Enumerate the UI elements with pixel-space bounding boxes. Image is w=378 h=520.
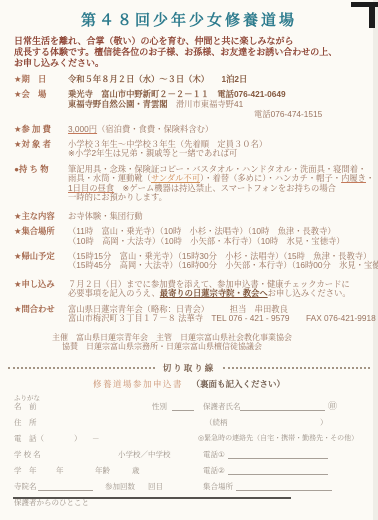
grade-unit: 年 <box>56 465 64 476</box>
gender-label: 性別 <box>152 401 167 412</box>
intro-line: 日常生活を離れ、合掌（敬い）の心を育む、仲間と共に楽しみながら <box>14 36 378 47</box>
scan-corner-artifact <box>369 2 375 28</box>
intro-line: 成長する体験です。檀信徒各位のお子様、お孫様、お友達をお誘い合わせの上、 <box>14 47 378 58</box>
meeting-place-label: 集合場所 <box>203 481 233 492</box>
fee-value: 3,000円（宿泊費・食費・保険料含む） <box>68 125 378 135</box>
eligibility-line-2: ※小学2年生は兄弟・親戚等と一緒であれば可 <box>68 149 378 159</box>
no-sandals-note: サンダル不可 <box>151 173 200 183</box>
cut-line-label: 切り取り線 <box>163 362 216 374</box>
venue-park-address: 滑川市東福寺野41 <box>168 99 244 109</box>
form-row-phone: 電 話（ ） － ◎緊急時の連絡先（自宅・携帯・勤務先・その他） <box>0 433 378 449</box>
item-activities: ★主な内容 お寺体験・集団行動 <box>14 212 378 222</box>
cut-line-dots <box>8 367 155 369</box>
apply-destination-emphasis: 最寄りの日蓮宗寺院・教会へ <box>160 288 268 298</box>
application-form: ふりがな 名 前 性別 保護者氏名 ㊞ 住 所 （続柄 ） 電 話（ ） － ◎… <box>0 393 378 513</box>
item-eligibility: ★対 象 者 小学校３年生～中学校３年生（先着順 定員３０名） ※小学2年生は兄… <box>14 140 378 159</box>
item-contact-label: ★問合わせ <box>14 305 68 324</box>
tel2-blank-line <box>228 465 328 475</box>
belongings-text: ※ゲーム機器は持込禁止、スマートフォンをお持ちの場合 <box>114 183 336 193</box>
item-date-value: 令和５年８月２日（水）～３日（木） 1泊2日 <box>68 75 378 85</box>
venue-park-name: 東福寺野自然公園・青雲閣 <box>68 99 168 109</box>
intro-paragraph: 日常生活を離れ、合掌（敬い）の心を育む、仲間と共に楽しみながら 成長する体験です… <box>14 36 378 68</box>
intro-line: お申し込みください。 <box>14 58 378 69</box>
tel1-blank-line <box>228 449 328 459</box>
organizers-line-1: 主催 富山県日蓮宗青年会 主管 日蓮宗富山県社会教化事業協会 <box>52 333 378 343</box>
item-activities-label: ★主な内容 <box>14 212 68 222</box>
relation-close: ） <box>320 417 328 428</box>
address-label: 住 所 <box>14 417 37 428</box>
info-items: ★期 日 令和５年８月２日（水）～３日（木） 1泊2日 ★会 場 乗光寺 富山市… <box>0 75 378 323</box>
temple-name-label: 寺院名 <box>14 481 37 492</box>
item-venue: ★会 場 乗光寺 富山市中野新町２－２－１１ 電話076-421-0649 東福… <box>14 90 378 119</box>
phone-label: 電 話（ ） <box>14 433 82 444</box>
bottom-rule-line <box>13 497 291 499</box>
venue-line-2: 東福寺野自然公園・青雲閣 滑川市東福寺野41 <box>68 100 378 110</box>
fill-both-sides-note: （裏面も記入ください） <box>191 379 285 389</box>
organizers-block: 主催 富山県日蓮宗青年会 主管 日蓮宗富山県社会教化事業協会 協賛 日蓮宗富山県… <box>52 333 378 352</box>
cut-line-dots <box>223 367 370 369</box>
application-form-header: 修養道場参加申込書 （裏面も記入ください） <box>0 378 378 390</box>
item-fee-label: ★参 加 費 <box>14 125 68 135</box>
meeting-points-line-2: （10時 高岡・大法寺）（10時 小矢部・本行寺）（10時 氷見・宝徳寺） <box>68 237 378 247</box>
form-row-name: 名 前 性別 保護者氏名 ㊞ <box>0 401 378 417</box>
belongings-text: 雨具・水筒・運動靴（ <box>68 173 151 183</box>
temple-name-blank-line <box>38 481 93 491</box>
school-name-label: 学 校 名 <box>14 449 41 460</box>
emergency-contact-note: ◎緊急時の連絡先（自宅・携帯・勤務先・その他） <box>198 433 358 443</box>
item-meeting-points-label: ★集合場所 <box>14 227 68 246</box>
application-text: 必要事項を記入のうえ、 <box>68 288 160 298</box>
indoor-shoes-note: 内履き <box>341 173 366 183</box>
phone-dash: － <box>92 433 100 444</box>
item-belongings: ●持 ち 物 筆記用具・念珠・保険証コピー・バスタオル・ハンドタオル・洗面具・寝… <box>14 165 378 203</box>
item-date-label: ★期 日 <box>14 75 68 85</box>
cut-line: 切り取り線 <box>8 362 370 374</box>
guardian-name-blank-line <box>240 401 325 411</box>
item-application-label: ★申し込み <box>14 280 68 299</box>
form-row-school: 学 校 名 小学校／中学校 電話① <box>0 449 378 465</box>
name-label: 名 前 <box>14 401 37 412</box>
item-belongings-label: ●持 ち 物 <box>14 165 68 203</box>
fee-amount: 3,000円 <box>68 124 97 134</box>
school-type-label: 小学校／中学校 <box>118 449 171 460</box>
item-return-schedule-label: ★帰山予定 <box>14 252 68 271</box>
item-eligibility-label: ★対 象 者 <box>14 140 68 159</box>
guardian-name-label: 保護者氏名 <box>203 401 241 412</box>
relation-open: （続柄 <box>205 417 228 428</box>
belongings-line-4: 一時的にお預かりします。 <box>68 193 378 203</box>
item-contact: ★問合わせ 富山県日蓮宗青年会（略称：日青会） 担当 串田教良 富山市梅沢町３丁… <box>14 305 378 324</box>
item-application: ★申し込み ７月２日（日）までに参加費を添えて、参加申込書・健康チェックカードに… <box>14 280 378 299</box>
form-row-temple: 寺院名 参加回数 回目 集合場所 <box>0 481 378 497</box>
page-title: 第４８回少年少女修養道場 <box>0 0 378 30</box>
item-date: ★期 日 令和５年８月２日（水）～３日（木） 1泊2日 <box>14 75 378 85</box>
meeting-place-blank-line <box>236 481 332 491</box>
form-row-address: 住 所 （続柄 ） <box>0 417 378 433</box>
activities-value: お寺体験・集団行動 <box>68 212 378 222</box>
item-meeting-points: ★集合場所 （11時 富山・乗光寺）（10時 小杉・法唱寺）（10時 魚津・長教… <box>14 227 378 246</box>
tel2-label: 電話② <box>203 465 225 476</box>
item-return-schedule: ★帰山予定 （15時15分 富山・乗光寺）（15時30分 小杉・法唱寺）（15時… <box>14 252 378 271</box>
application-line-2: 必要事項を記入のうえ、最寄りの日蓮宗寺院・教会へお申し込みください。 <box>68 289 378 299</box>
contact-line-2: 富山市梅沢町３丁目１７－８ 法華寺 TEL 076 - 421 - 9579 F… <box>68 314 378 324</box>
furigana-row: ふりがな <box>0 393 378 401</box>
seal-mark: ㊞ <box>328 399 337 412</box>
item-venue-label: ★会 場 <box>14 90 68 119</box>
age-unit: 歳 <box>132 465 140 476</box>
day1-lunch-note: 1日目の昼食 <box>68 183 114 193</box>
form-row-comment: 保護者からのひとこと <box>0 497 378 513</box>
venue-phone-2: 電話076-474-1515 <box>254 110 378 120</box>
belongings-text: ）・着替（多めに）・ハンカチ・帽子・ <box>200 173 341 183</box>
gender-blank-line <box>172 401 194 411</box>
return-schedule-line-2: （15時45分 高岡・大法寺）（16時00分 小矢部・本行寺）（16時00分 氷… <box>68 261 378 271</box>
application-text: お申し込みください。 <box>268 288 351 298</box>
tel1-label: 電話① <box>203 449 225 460</box>
participation-count-unit: 回目 <box>148 481 163 492</box>
form-row-grade-age: 学 年 年 年齢 歳 電話② <box>0 465 378 481</box>
organizers-line-2: 協賛 日蓮宗富山県宗務所・日蓮宗富山県檀信徒協議会 <box>62 342 378 352</box>
scanned-flyer-page: 第４８回少年少女修養道場 日常生活を離れ、合掌（敬い）の心を育む、仲間と共に楽し… <box>0 0 378 520</box>
item-fee: ★参 加 費 3,000円（宿泊費・食費・保険料含む） <box>14 125 378 135</box>
grade-label: 学 年 <box>14 465 37 476</box>
participation-count-label: 参加回数 <box>105 481 135 492</box>
age-label: 年齢 <box>95 465 110 476</box>
fee-includes: （宿泊費・食費・保険料含む） <box>97 124 213 134</box>
application-form-title: 修養道場参加申込書 <box>93 379 183 389</box>
